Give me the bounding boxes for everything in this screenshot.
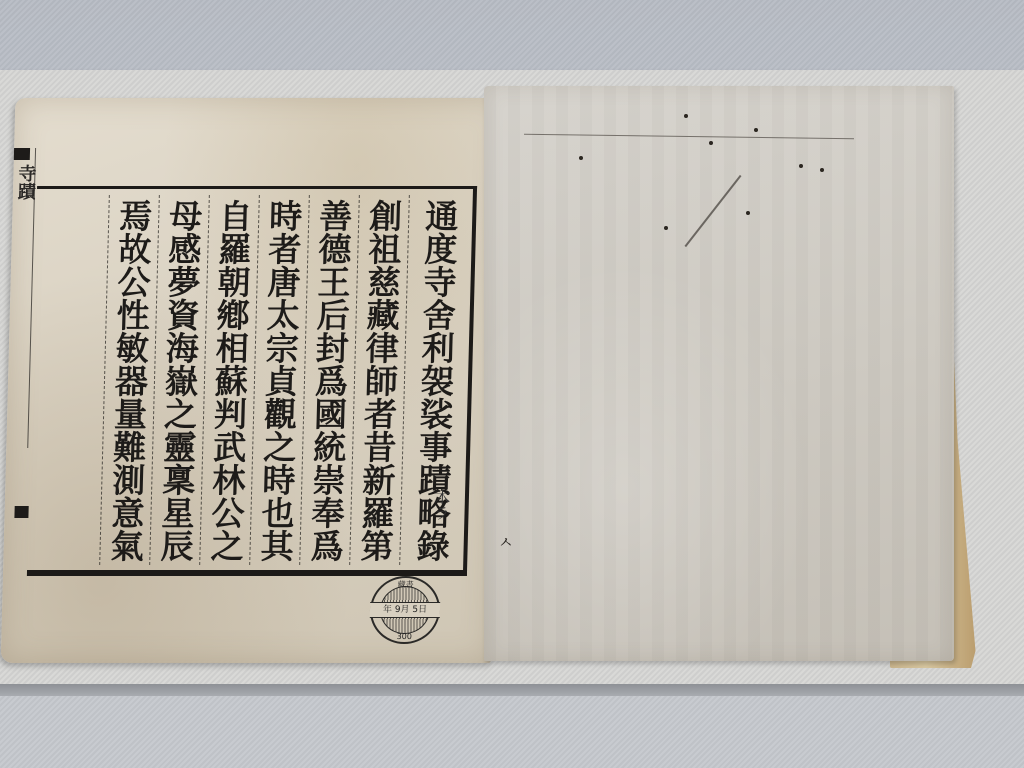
scratch-mark [685, 175, 742, 247]
wormhole [579, 156, 583, 160]
wormhole [664, 226, 668, 230]
wormhole [820, 168, 824, 172]
lower-cloth [0, 696, 1024, 768]
right-page: ㅅ [484, 86, 954, 661]
left-page: 寺蹟 通度寺舍利袈裟事蹟略錄 創祖慈藏律師者昔新羅第二十七 善德王后封爲國統崇奉… [1, 98, 506, 663]
printed-text-frame: 通度寺舍利袈裟事蹟略錄 創祖慈藏律師者昔新羅第二十七 善德王后封爲國統崇奉爲師也… [27, 186, 477, 576]
stamp-top-text: 藏書 [373, 579, 439, 590]
wormhole [746, 211, 750, 215]
ruled-line [524, 134, 854, 140]
stamp-date-band: 年 9月 5日 [370, 602, 440, 618]
wormhole [754, 128, 758, 132]
wormhole [709, 141, 713, 145]
library-seal-stamp: 藏書 年 9月 5日 300 [369, 576, 441, 644]
display-mat-edge [0, 684, 1024, 696]
edge-title: 寺蹟 [12, 164, 39, 200]
margin-annotation: 木ラ [429, 489, 453, 521]
wormhole [799, 164, 803, 168]
stamp-number: 300 [371, 632, 437, 641]
text-columns: 通度寺舍利袈裟事蹟略錄 創祖慈藏律師者昔新羅第二十七 善德王后封爲國統崇奉爲師也… [99, 195, 465, 565]
margin-annotation-right: ㅅ [498, 530, 513, 553]
fish-tail-mark-bottom-icon [14, 506, 28, 518]
wormhole [684, 114, 688, 118]
fish-tail-mark-icon [14, 148, 30, 160]
